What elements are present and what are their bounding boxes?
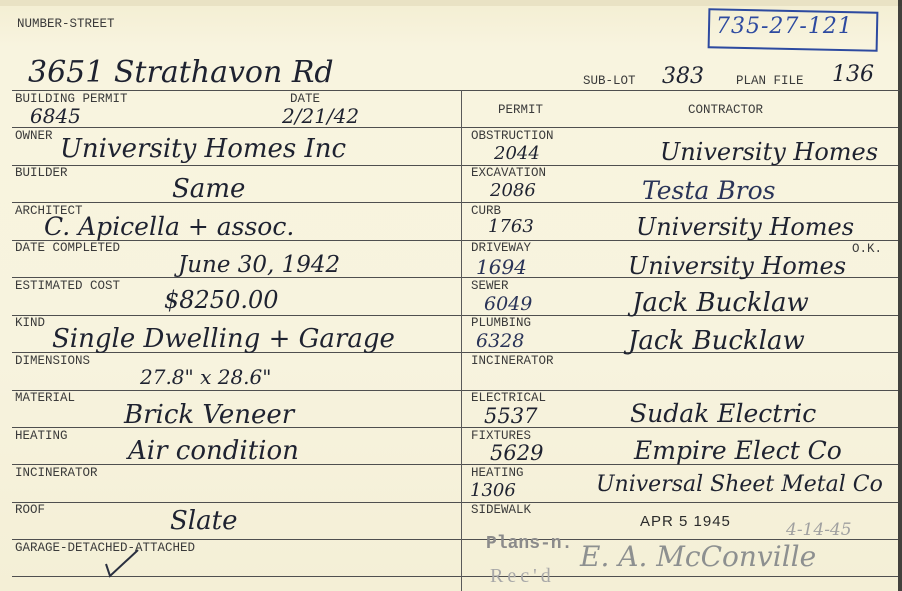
plan-file-label: PLAN FILE bbox=[736, 74, 804, 88]
contractor-column-header: CONTRACTOR bbox=[688, 103, 763, 117]
heating-permit: 1306 bbox=[470, 482, 516, 500]
plans-stamp: Plans-n. bbox=[486, 534, 572, 554]
inspector-signature: E. A. McConville bbox=[580, 540, 816, 573]
building-permit-value: 6845 bbox=[30, 106, 81, 126]
card-top-edge bbox=[0, 0, 902, 6]
divider bbox=[12, 576, 461, 577]
sewer-contractor: Jack Bucklaw bbox=[632, 290, 809, 316]
dimensions-value: 27.8" x 28.6" bbox=[140, 367, 271, 387]
divider bbox=[12, 127, 461, 128]
divider bbox=[12, 165, 461, 166]
number-street-label: NUMBER-STREET bbox=[17, 17, 115, 31]
driveway-ok-note: O.K. bbox=[852, 242, 882, 256]
divider bbox=[12, 315, 461, 316]
roof-value: Slate bbox=[170, 508, 237, 534]
sewer-label: SEWER bbox=[471, 279, 509, 293]
signature-date: 4-14-45 bbox=[786, 520, 852, 540]
incinerator-permit-label: INCINERATOR bbox=[471, 354, 554, 368]
plumbing-permit: 6328 bbox=[476, 332, 524, 351]
dimensions-label: DIMENSIONS bbox=[15, 354, 90, 368]
number-street-value: 3651 Strathavon Rd bbox=[28, 58, 334, 88]
estimated-cost-label: ESTIMATED COST bbox=[15, 279, 120, 293]
heating-permit-label: HEATING bbox=[471, 466, 524, 480]
curb-permit: 1763 bbox=[488, 218, 534, 236]
divider bbox=[12, 90, 900, 91]
incinerator-label: INCINERATOR bbox=[15, 466, 98, 480]
material-value: Brick Veneer bbox=[124, 402, 294, 428]
estimated-cost-value: $8250.00 bbox=[164, 288, 279, 312]
roof-label: ROOF bbox=[15, 503, 45, 517]
plan-file-value: 136 bbox=[832, 64, 874, 86]
permit-column-header: PERMIT bbox=[498, 103, 543, 117]
excavation-contractor: Testa Bros bbox=[642, 178, 775, 203]
sidewalk-label: SIDEWALK bbox=[471, 503, 531, 517]
electrical-contractor: Sudak Electric bbox=[630, 401, 816, 426]
divider bbox=[12, 390, 461, 391]
fixtures-contractor: Empire Elect Co bbox=[634, 438, 842, 463]
sub-lot-value: 383 bbox=[662, 66, 704, 88]
obstruction-label: OBSTRUCTION bbox=[471, 129, 554, 143]
heating-contractor: Universal Sheet Metal Co bbox=[596, 474, 883, 496]
recd-stamp: Rec'd bbox=[490, 565, 555, 588]
architect-value: C. Apicella + assoc. bbox=[44, 214, 294, 239]
heating-value: Air condition bbox=[128, 438, 299, 464]
checkmark-icon bbox=[104, 548, 140, 580]
obstruction-contractor: University Homes bbox=[660, 140, 878, 164]
owner-value: University Homes Inc bbox=[60, 136, 346, 162]
received-date-stamp: APR 5 1945 bbox=[640, 513, 731, 530]
owner-label: OWNER bbox=[15, 129, 53, 143]
plumbing-label: PLUMBING bbox=[471, 316, 531, 330]
builder-label: BUILDER bbox=[15, 166, 68, 180]
kind-label: KIND bbox=[15, 316, 45, 330]
sub-lot-label: SUB-LOT bbox=[583, 74, 636, 88]
divider bbox=[12, 502, 461, 503]
excavation-permit: 2086 bbox=[490, 182, 536, 200]
card-right-edge bbox=[898, 0, 902, 591]
material-label: MATERIAL bbox=[15, 391, 75, 405]
plumbing-contractor: Jack Bucklaw bbox=[628, 328, 805, 354]
obstruction-permit: 2044 bbox=[494, 145, 540, 163]
fixtures-permit: 5629 bbox=[490, 443, 543, 464]
electrical-permit: 5537 bbox=[484, 406, 537, 427]
electrical-label: ELECTRICAL bbox=[471, 391, 546, 405]
driveway-contractor: University Homes bbox=[628, 254, 846, 278]
permit-card: 735-27-121 NUMBER-STREET 3651 Strathavon… bbox=[0, 0, 902, 591]
excavation-label: EXCAVATION bbox=[471, 166, 546, 180]
kind-value: Single Dwelling + Garage bbox=[52, 326, 395, 352]
divider bbox=[12, 539, 461, 540]
driveway-label: DRIVEWAY bbox=[471, 241, 531, 255]
curb-contractor: University Homes bbox=[636, 215, 854, 239]
date-completed-value: June 30, 1942 bbox=[178, 254, 340, 277]
divider bbox=[462, 127, 898, 128]
driveway-permit: 1694 bbox=[476, 257, 527, 277]
reference-stamp: 735-27-121 bbox=[716, 14, 853, 39]
date-completed-label: DATE COMPLETED bbox=[15, 241, 120, 255]
heating-label: HEATING bbox=[15, 429, 68, 443]
sewer-permit: 6049 bbox=[484, 295, 532, 314]
builder-value: Same bbox=[172, 176, 245, 202]
date-value: 2/21/42 bbox=[282, 106, 359, 126]
